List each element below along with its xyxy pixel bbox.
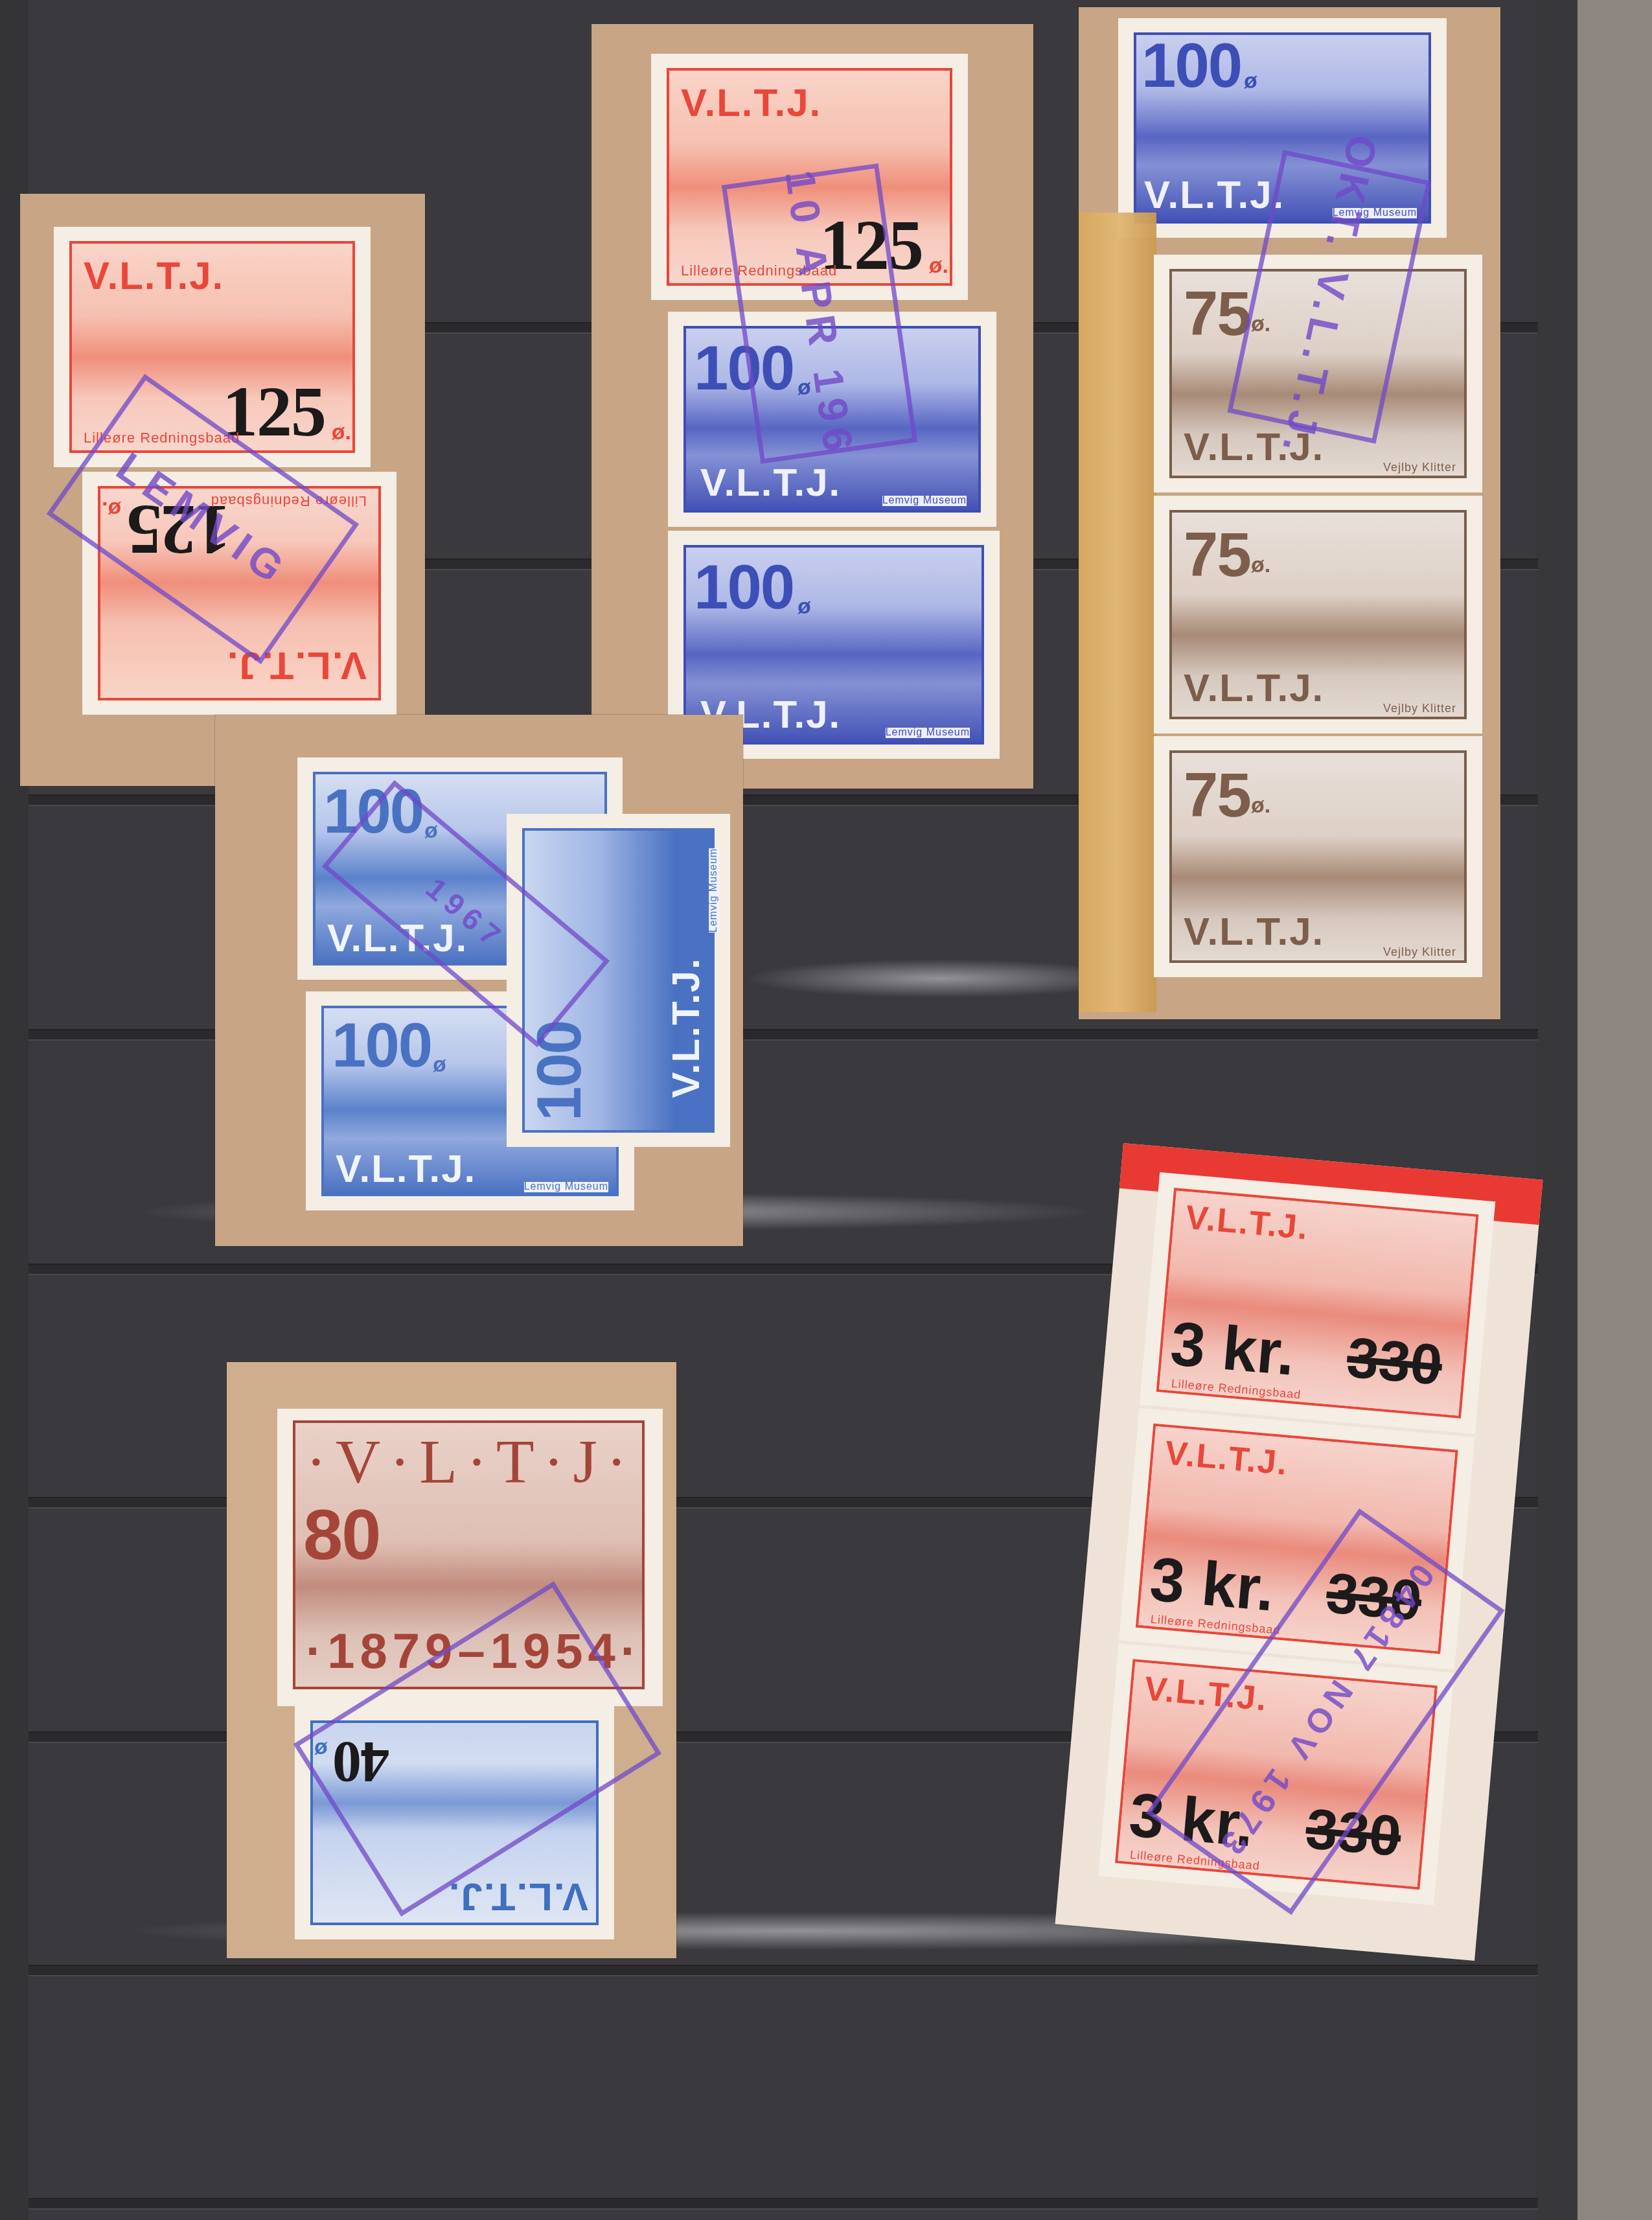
stamp-unit: ø. bbox=[332, 421, 351, 443]
stamp-value: 80 bbox=[303, 1499, 380, 1571]
stamp-issuer: V.L.T.J. bbox=[1144, 176, 1285, 214]
stamp-unit: ø bbox=[1244, 70, 1257, 92]
stamp-issuer: V.L.T.J. bbox=[1184, 912, 1324, 951]
stamp-issuer: V.L.T.J. bbox=[448, 1877, 588, 1916]
stamp-issuer: V.L.T.J. bbox=[336, 1150, 476, 1188]
stamp-issuer: V.L.T.J. bbox=[1184, 669, 1324, 708]
stamp-issuer: ·V·L·T·J· bbox=[306, 1431, 636, 1493]
stamp[interactable]: 75 ø. V.L.T.J. Vejlby Klitter bbox=[1154, 496, 1482, 734]
stamp-caption: Vejlby Klitter bbox=[1383, 946, 1456, 958]
stamp-value: 100 bbox=[694, 557, 794, 619]
stamp-value: 3 kr. bbox=[1147, 1548, 1277, 1621]
paper-fragment-top-right[interactable]: 100 ø V.L.T.J. Lemvig Museum 75 ø. V.L.T… bbox=[1079, 7, 1500, 1019]
paper-fragment-bottom-left[interactable]: ·V·L·T·J· 80 ·1879–1954· V.L.T.J. 40 ø bbox=[227, 1362, 676, 1958]
stamp-unit: ø bbox=[433, 1054, 446, 1076]
page-right-edge bbox=[1535, 0, 1577, 2220]
stamp-unit: ø bbox=[797, 595, 811, 618]
adhesive-tape bbox=[1079, 213, 1156, 1012]
stamp-issuer: V.L.T.J. bbox=[700, 463, 841, 502]
stamp-unit: ø. bbox=[929, 255, 948, 277]
paper-fragment-middle-left[interactable]: 100 ø V.L.T.J. 100 ø V.L.T.J. Lemvig Mus… bbox=[215, 715, 743, 1246]
stamp-surcharged[interactable]: V.L.T.J. 3 kr. 330 Lilleøre Redningsbaad bbox=[1140, 1172, 1495, 1434]
stamp-value: 3 kr. bbox=[1168, 1313, 1298, 1385]
stamp-caption: Vejlby Klitter bbox=[1383, 461, 1456, 473]
stamp-caption: Lemvig Museum bbox=[524, 1182, 608, 1192]
stamp-unit: ø. bbox=[1251, 554, 1270, 576]
stamp-value: 75 bbox=[1184, 765, 1250, 827]
stamp-issuer: V.L.T.J. bbox=[681, 84, 821, 122]
stamp-unit: ø. bbox=[1251, 794, 1270, 816]
paper-fragment-top-middle[interactable]: V.L.T.J. 125 ø. Lilleøre Redningsbaad 10… bbox=[591, 24, 1033, 789]
stamp-caption: Lemvig Museum bbox=[709, 848, 719, 932]
stamp-old-value: 330 bbox=[1344, 1324, 1445, 1398]
stamp-caption: Lemvig Museum bbox=[882, 496, 967, 506]
stamp-value: 100 bbox=[332, 1015, 431, 1077]
stamp-caption: Vejlby Klitter bbox=[1383, 702, 1456, 714]
paper-fragment-bottom-right[interactable]: V.L.T.J. 3 kr. 330 Lilleøre Redningsbaad… bbox=[1055, 1143, 1543, 1961]
stamp[interactable]: 75 ø. V.L.T.J. Vejlby Klitter bbox=[1154, 736, 1482, 977]
stamp-issuer: V.L.T.J. bbox=[84, 257, 224, 295]
strip-rail bbox=[29, 2198, 1538, 2210]
stamp-value: 100 bbox=[1141, 35, 1241, 97]
plastic-reflection bbox=[745, 959, 1134, 998]
stamp-issuer: V.L.T.J. bbox=[666, 957, 705, 1098]
paper-fragment-top-left[interactable]: V.L.T.J. 125 ø. Lilleøre Redningsbaad V.… bbox=[20, 194, 425, 786]
stamp-value: 75 bbox=[1184, 283, 1250, 345]
stamp-value: 75 bbox=[1184, 524, 1250, 586]
strip-rail bbox=[29, 1965, 1538, 1976]
stamp-caption: Lemvig Museum bbox=[886, 728, 970, 738]
